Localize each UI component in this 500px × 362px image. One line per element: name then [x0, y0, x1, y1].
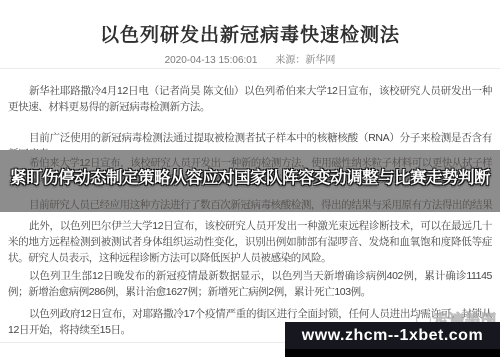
overlay-headline: 紧盯伤停动态制定策略从容应对国家队阵容变动调整与比赛走势判断 — [0, 164, 500, 188]
paragraph-6: 以色列卫生部12日晚发布的新冠疫情最新数据显示，以色列当天新增确诊病例402例，… — [8, 268, 492, 300]
source-name: 新华网 — [305, 55, 335, 66]
publish-datetime: 2020-04-13 15:06:01 — [165, 55, 258, 66]
watermark-banner[interactable]: www.zhcm--1xbet.com — [285, 322, 500, 349]
paragraph-4: 目前研究人员已经应用这种方法进行了数百次新冠病毒核酸检测，得出的结果与采用原有方… — [8, 197, 492, 212]
paragraph-5: 此外，以色列巴尔伊兰大学12日宣布，该校研究人员开发出一种激光束远程诊断技术，可… — [8, 218, 492, 266]
source-prefix: 来源： — [275, 55, 305, 66]
header-divider — [0, 68, 500, 69]
news-article-page: 以色列研发出新冠病毒快速检测法 2020-04-13 15:06:01来源：新华… — [0, 0, 500, 362]
watermark-black-band — [285, 349, 500, 357]
paragraph-1: 新华社耶路撒冷4月12日电（记者尚昊 陈文仙）以色列希伯来大学12日宣布，该校研… — [8, 83, 492, 115]
article-title: 以色列研发出新冠病毒快速检测法 — [0, 20, 500, 47]
source-label: 来源：新华网 — [275, 55, 335, 66]
watermark-url[interactable]: www.zhcm--1xbet.com — [302, 327, 483, 345]
article-meta: 2020-04-13 15:06:01来源：新华网 — [0, 51, 500, 66]
